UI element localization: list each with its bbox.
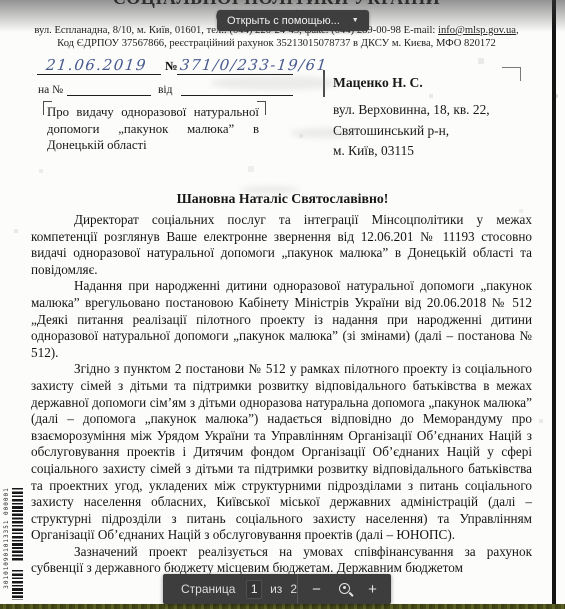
zoom-in-button[interactable]: + bbox=[364, 580, 381, 599]
total-pages: 2 bbox=[290, 582, 297, 596]
letterhead-address-tail: , bbox=[516, 25, 519, 36]
page-scan-edge bbox=[552, 0, 556, 604]
recipient-address-line: м. Київ, 03115 bbox=[333, 141, 490, 162]
page-number-input[interactable]: 1 bbox=[246, 580, 262, 599]
barcode-digits: 301010901013351 000001 bbox=[3, 478, 11, 598]
subject-line: Донецькій області bbox=[47, 137, 259, 154]
zoom-section: − + bbox=[298, 580, 391, 599]
number-underline bbox=[177, 74, 293, 75]
page-label: Страница bbox=[181, 582, 235, 596]
recipient-address-line: вул. Верховинна, 18, кв. 22, bbox=[333, 100, 490, 121]
document-viewer: СОЦІАЛЬНОЇ ПОЛІТИКИ УКРАЇНИ (Мінсоцполіт… bbox=[0, 0, 565, 609]
handwritten-date: 21.06.2019 bbox=[45, 56, 148, 74]
body-paragraph: Зазначений проект реалізується на умовах… bbox=[31, 544, 532, 577]
body-paragraph: Директорат соціальних послуг та інтеграц… bbox=[31, 212, 532, 278]
letterhead-contact-line2: Код ЄДРПОУ 37567866, реєстраційний рахун… bbox=[0, 38, 553, 49]
open-with-label: Открыть с помощью... bbox=[227, 15, 340, 27]
scan-smudge bbox=[240, 186, 300, 194]
reply-to-number-label: на № bbox=[38, 84, 63, 96]
page-section: Страница 1 из 2 bbox=[163, 580, 297, 599]
scan-noise bbox=[0, 0, 2, 2]
date-underline bbox=[37, 74, 161, 75]
open-with-button[interactable]: Открыть с помощью... ▼ bbox=[217, 10, 369, 31]
zoom-out-button[interactable]: − bbox=[308, 580, 325, 599]
scan-smudge bbox=[290, 128, 360, 138]
letterhead-email: info@mlsp.gov.ua bbox=[438, 25, 516, 36]
subject-block: Про видачу одноразової натуральної допом… bbox=[47, 104, 259, 154]
reply-to-number-line bbox=[67, 95, 151, 96]
pagination-toolbar: Страница 1 из 2 − + bbox=[163, 574, 391, 604]
reply-from-label: від bbox=[158, 84, 172, 96]
recipient-name: Маценко Н. С. bbox=[333, 75, 423, 91]
number-sign: № bbox=[165, 59, 178, 74]
caret-down-icon: ▼ bbox=[352, 17, 359, 24]
recipient-corner-mark-right bbox=[502, 67, 521, 81]
magnifier-icon bbox=[339, 583, 350, 594]
document-page: СОЦІАЛЬНОЇ ПОЛІТИКИ УКРАЇНИ (Мінсоцполіт… bbox=[0, 0, 565, 609]
barcode-bars bbox=[12, 488, 23, 562]
page-of-label: из bbox=[270, 582, 282, 596]
reply-from-line bbox=[181, 95, 293, 96]
body-paragraph: Згідно з пунктом 2 постанови № 512 у рам… bbox=[31, 361, 532, 544]
body-paragraph: Надання при народженні дитини одноразово… bbox=[31, 278, 532, 361]
subject-line: Про видачу одноразової натуральної bbox=[47, 104, 259, 121]
barcode-bars bbox=[12, 570, 23, 600]
scan-smudge bbox=[210, 76, 340, 90]
zoom-reset-button[interactable] bbox=[335, 580, 354, 599]
handwritten-outgoing-number: 371/0/233-19/61 bbox=[179, 56, 329, 74]
letter-body: Директорат соціальних послуг та інтеграц… bbox=[31, 212, 532, 577]
background-strip bbox=[0, 604, 565, 609]
subject-line: допомоги „пакунок малюка” в bbox=[47, 121, 259, 138]
